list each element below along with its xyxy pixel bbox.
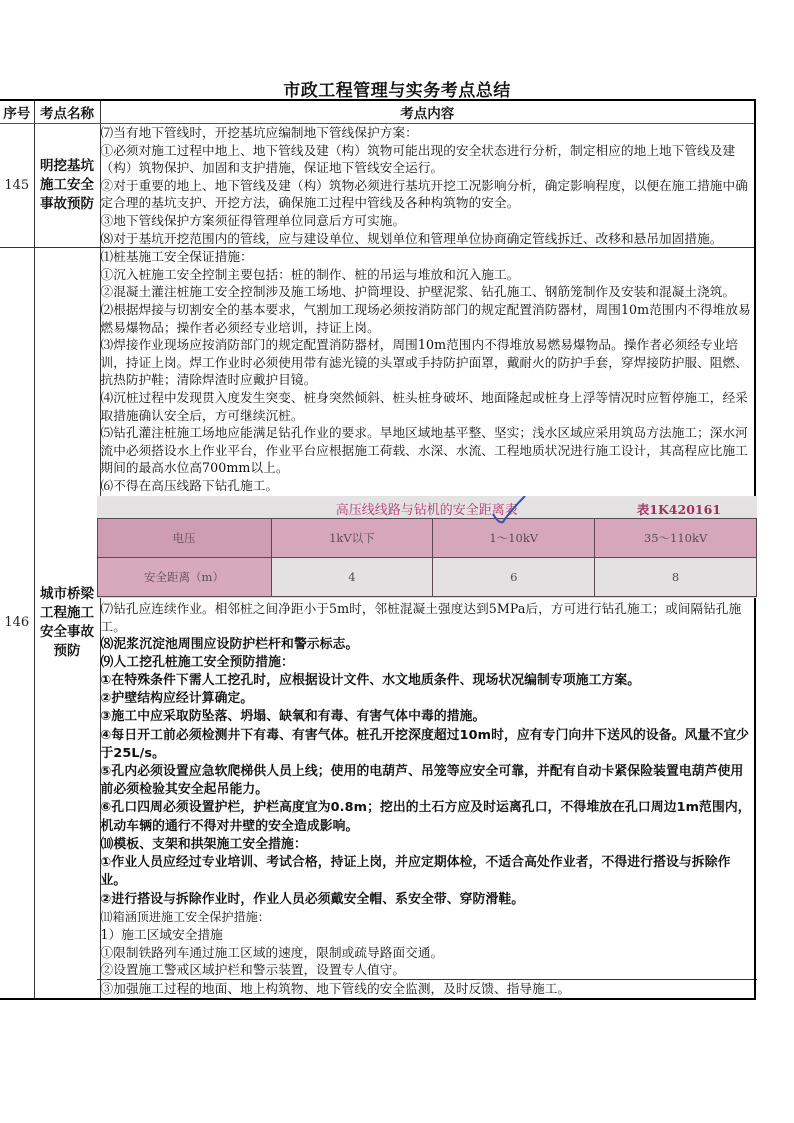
- content-line: ①必须对施工过程中地上、地下管线及建（构）筑物可能出现的安全状态进行分析，制定相…: [101, 142, 755, 177]
- safety-distance-table: 电压 1kV以下 1～10kV 35～110kV 安全距离（m） 4 6 8: [97, 518, 758, 597]
- content-line: ④每日开工前必须检测井下有毒、有害气体。桩孔开挖深度超过10m时，应有专门向井下…: [101, 727, 755, 763]
- content-line: ⑻对于基坑开挖范围内的管线，应与建设单位、规划单位和管理单位协商确定管线拆迁、改…: [101, 230, 755, 248]
- row-content: ⑺当有地下管线时，开挖基坑应编制地下管线保护方案： ①必须对施工过程中地上、地下…: [100, 124, 755, 248]
- photo-header: 高压线线路与钻机的安全距离表 表1K420161: [97, 496, 758, 518]
- safety-table-code: 表1K420161: [637, 500, 721, 518]
- content-line: ②混凝土灌注桩施工安全控制涉及施工场地、护筒埋设、护壁泥浆、钻孔施工、钢筋笼制作…: [101, 283, 755, 301]
- row-topic-name: 明挖基坑施工安全事故预防: [34, 124, 100, 248]
- content-line: ⑼人工挖孔桩施工安全预防措施：: [101, 654, 755, 672]
- content-line: ①在特殊条件下需人工挖孔时，应根据设计文件、水文地质条件、现场状况编制专项施工方…: [101, 672, 755, 690]
- content-line: 1）施工区域安全措施: [101, 926, 755, 944]
- distance-cell: 6: [433, 558, 595, 597]
- safety-distance-photo: 高压线线路与钻机的安全距离表 表1K420161 电压 1kV以下 1～10kV…: [97, 496, 758, 598]
- content-line: ②对于重要的地上、地下管线及建（构）筑物必须进行基坑开挖工况影响分析，确定影响程…: [101, 177, 755, 212]
- table-row: 146 城市桥梁工程施工安全事故预防 ⑴桩基施工安全保证措施： ①沉入桩施工安全…: [0, 248, 755, 999]
- content-line: ②进行搭设与拆除作业时，作业人员必须戴安全帽、系安全带、穿防滑鞋。: [101, 891, 755, 909]
- content-line: ⑺当有地下管线时，开挖基坑应编制地下管线保护方案：: [101, 124, 755, 142]
- header-number: 序号: [0, 100, 34, 124]
- distance-label: 安全距离（m）: [97, 558, 271, 597]
- content-line: ⑥孔口四周必须设置护栏，护栏高度宜为0.8m；挖出的土石方应及时运离孔口，不得堆…: [101, 799, 755, 835]
- page-title: 市政工程管理与实务考点总结: [0, 76, 794, 101]
- content-line: ⑽模板、支架和拱架施工安全措施：: [101, 836, 755, 854]
- content-line: ⑤孔内必须设置应急软爬梯供人员上线；使用的电葫芦、吊笼等应安全可靠，并配有自动卡…: [101, 763, 755, 799]
- content-line: ③施工中应采取防坠落、坍塌、缺氧和有毒、有害气体中毒的措施。: [101, 708, 755, 726]
- handwritten-check-icon: [489, 496, 529, 528]
- content-line: ⑸钻孔灌注桩施工场地应能满足钻孔作业的要求。旱地区域地基平整、坚实；浅水区域应采…: [101, 424, 755, 477]
- content-line: ③加强施工过程的地面、地上构筑物、地下管线的安全监测，及时反馈、指导施工。: [97, 979, 758, 998]
- distance-row: 安全距离（m） 4 6 8: [97, 558, 757, 597]
- content-line: ①作业人员应经过专业培训、考试合格，持证上岗，并应定期体检，不适合高处作业者，不…: [101, 854, 755, 890]
- content-line: ⑷沉桩过程中发现贯入度发生突变、桩身突然倾斜、桩头桩身破坏、地面隆起或桩身上浮等…: [101, 389, 755, 424]
- content-line: ⑴桩基施工安全保证措施：: [101, 248, 755, 266]
- row-number: 145: [0, 124, 34, 248]
- content-line: ①限制铁路列车通过施工区域的速度，限制或疏导路面交通。: [101, 944, 755, 962]
- table-header-row: 序号 考点名称 考点内容: [0, 100, 755, 124]
- distance-cell: 4: [271, 558, 433, 597]
- content-line: ②护壁结构应经计算确定。: [101, 690, 755, 708]
- content-line: ⑻泥浆沉淀池周围应设防护栏杆和警示标志。: [101, 636, 755, 654]
- voltage-cell: 1kV以下: [271, 519, 433, 558]
- distance-cell: 8: [595, 558, 757, 597]
- row-topic-name: 城市桥梁工程施工安全事故预防: [34, 248, 100, 999]
- table-row: 145 明挖基坑施工安全事故预防 ⑺当有地下管线时，开挖基坑应编制地下管线保护方…: [0, 124, 755, 248]
- voltage-cell: 35～110kV: [595, 519, 757, 558]
- row-content: ⑴桩基施工安全保证措施： ①沉入桩施工安全控制主要包括：桩的制作、桩的吊运与堆放…: [100, 248, 755, 999]
- header-name: 考点名称: [34, 100, 100, 124]
- summary-table: 序号 考点名称 考点内容 145 明挖基坑施工安全事故预防 ⑺当有地下管线时，开…: [0, 99, 756, 1000]
- content-line: ⑺钻孔应连续作业。相邻桩之间净距小于5m时，邻桩混凝土强度达到5MPa后，方可进…: [101, 600, 755, 635]
- voltage-label: 电压: [97, 519, 271, 558]
- content-line: ⑶焊接作业现场应按消防部门的规定配置消防器材，周围10m范围内不得堆放易燃易爆物…: [101, 336, 755, 389]
- header-content: 考点内容: [100, 100, 755, 124]
- content-line: ③地下管线保护方案须征得管理单位同意后方可实施。: [101, 212, 755, 230]
- content-line: ②设置施工警戒区域护栏和警示装置，设置专人值守。: [101, 961, 755, 979]
- content-line: ①沉入桩施工安全控制主要包括：桩的制作、桩的吊运与堆放和沉入施工。: [101, 266, 755, 284]
- row-number: 146: [0, 248, 34, 999]
- content-line: ⑹不得在高压线路下钻孔施工。: [101, 477, 755, 495]
- content-line: ⑵根据焊接与切割安全的基本要求，气割加工现场必须按消防部门的规定配置消防器材，周…: [101, 301, 755, 336]
- voltage-row: 电压 1kV以下 1～10kV 35～110kV: [97, 519, 757, 558]
- content-line: ⑾箱涵顶进施工安全保护措施：: [101, 909, 755, 927]
